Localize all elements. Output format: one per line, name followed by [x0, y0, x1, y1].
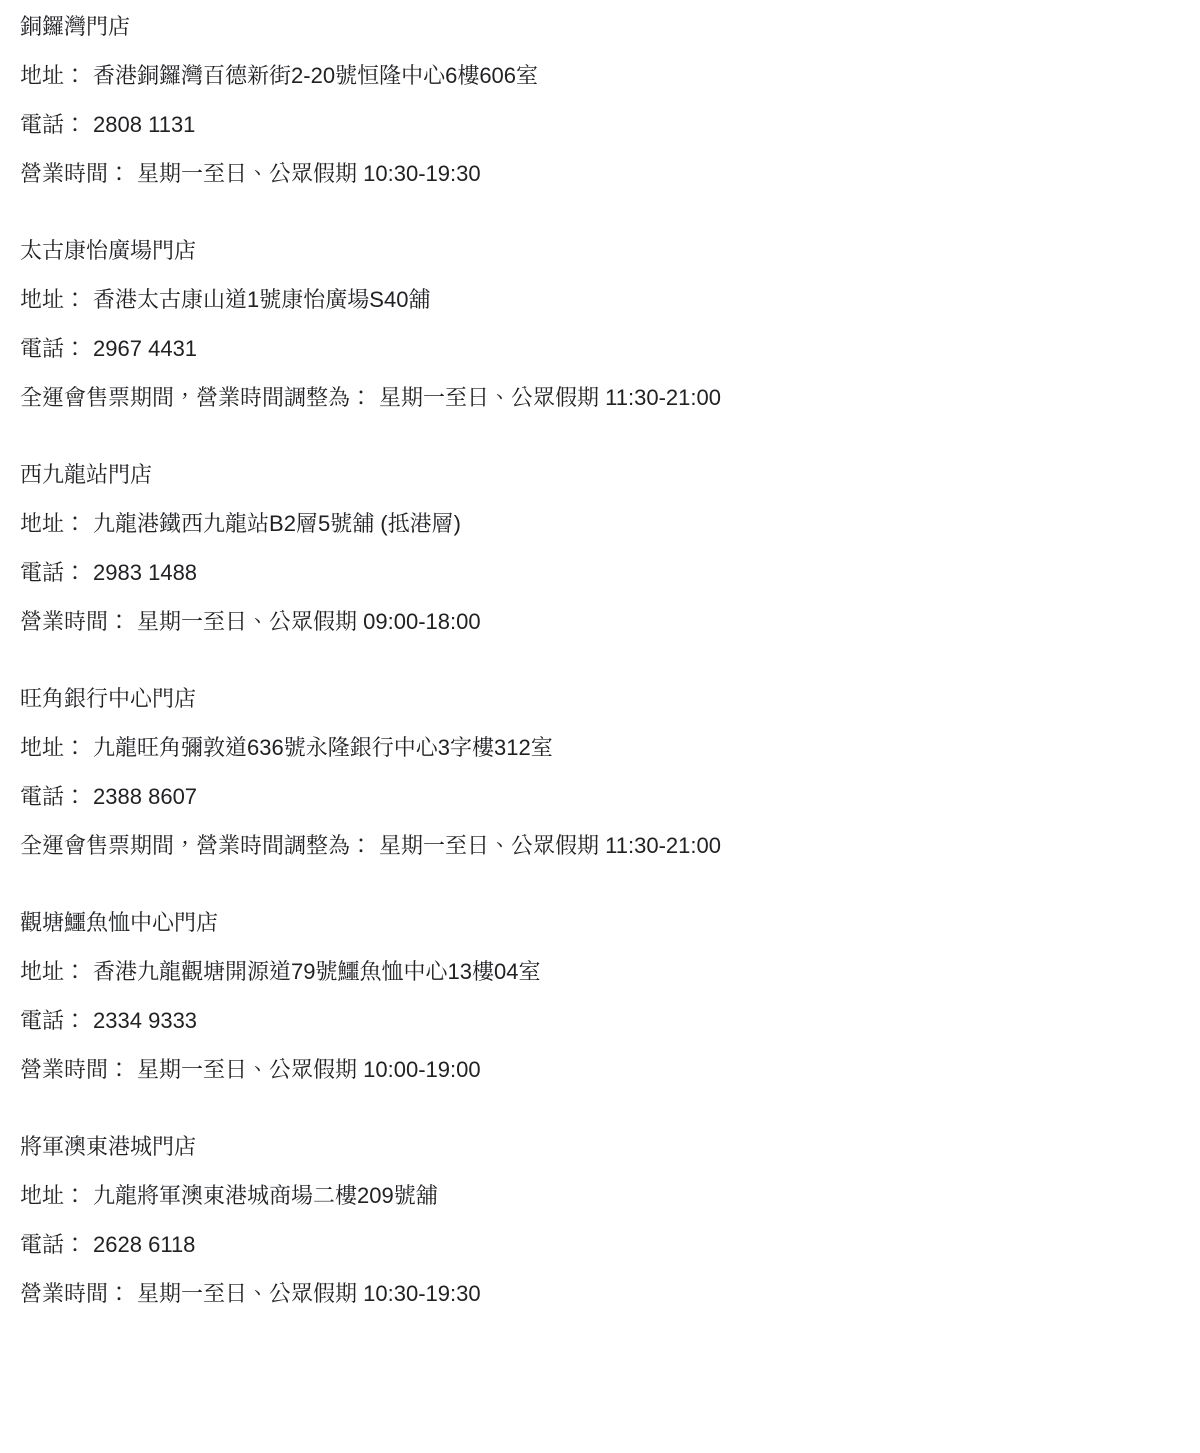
store-section-tseung-kwan-o-east-point-city: 將軍澳東港城門店 地址：九龍將軍澳東港城商場二樓209號舖 電話：2628 61…: [20, 1133, 1180, 1308]
hours-line: 營業時間：星期一至日、公眾假期 10:30-19:30: [20, 160, 1180, 188]
hours-line: 全運會售票期間，營業時間調整為：星期一至日、公眾假期 11:30-21:00: [20, 384, 1180, 412]
phone-value: 2334 9333: [93, 1008, 197, 1033]
store-name: 將軍澳東港城門店: [20, 1133, 1180, 1161]
hours-label: 全運會售票期間，營業時間調整為：: [20, 833, 372, 858]
hours-value: 星期一至日、公眾假期 09:00-18:00: [137, 609, 481, 634]
phone-line: 電話：2628 6118: [20, 1231, 1180, 1259]
hours-value: 星期一至日、公眾假期 10:30-19:30: [137, 1281, 481, 1306]
hours-label: 全運會售票期間，營業時間調整為：: [20, 385, 372, 410]
address-value: 香港九龍觀塘開源道79號鱷魚恤中心13樓04室: [93, 959, 540, 984]
store-section-west-kowloon-station: 西九龍站門店 地址：九龍港鐵西九龍站B2層5號舖 (抵港層) 電話：2983 1…: [20, 461, 1180, 636]
store-section-taikoo-kornhill-plaza: 太古康怡廣場門店 地址：香港太古康山道1號康怡廣場S40舖 電話：2967 44…: [20, 237, 1180, 412]
phone-label: 電話：: [20, 1008, 86, 1033]
phone-value: 2388 8607: [93, 784, 197, 809]
store-section-mongkok-bank-centre: 旺角銀行中心門店 地址：九龍旺角彌敦道636號永隆銀行中心3字樓312室 電話：…: [20, 685, 1180, 860]
store-list: 銅鑼灣門店 地址：香港銅鑼灣百德新街2-20號恒隆中心6樓606室 電話：280…: [0, 0, 1200, 1348]
address-line: 地址：九龍將軍澳東港城商場二樓209號舖: [20, 1182, 1180, 1210]
store-section-kwun-tong-crocodile-centre: 觀塘鱷魚恤中心門店 地址：香港九龍觀塘開源道79號鱷魚恤中心13樓04室 電話：…: [20, 909, 1180, 1084]
hours-label: 營業時間：: [20, 609, 130, 634]
phone-line: 電話：2334 9333: [20, 1007, 1180, 1035]
store-name: 觀塘鱷魚恤中心門店: [20, 909, 1180, 937]
phone-line: 電話：2808 1131: [20, 111, 1180, 139]
hours-value: 星期一至日、公眾假期 11:30-21:00: [379, 833, 721, 858]
phone-label: 電話：: [20, 560, 86, 585]
store-section-causeway-bay: 銅鑼灣門店 地址：香港銅鑼灣百德新街2-20號恒隆中心6樓606室 電話：280…: [20, 13, 1180, 188]
phone-value: 2983 1488: [93, 560, 197, 585]
hours-label: 營業時間：: [20, 1057, 130, 1082]
address-label: 地址：: [20, 1183, 86, 1208]
phone-value: 2967 4431: [93, 336, 197, 361]
address-line: 地址：香港九龍觀塘開源道79號鱷魚恤中心13樓04室: [20, 958, 1180, 986]
phone-label: 電話：: [20, 336, 86, 361]
phone-line: 電話：2983 1488: [20, 559, 1180, 587]
store-name: 旺角銀行中心門店: [20, 685, 1180, 713]
address-value: 香港銅鑼灣百德新街2-20號恒隆中心6樓606室: [93, 63, 538, 88]
address-label: 地址：: [20, 287, 86, 312]
hours-value: 星期一至日、公眾假期 10:00-19:00: [137, 1057, 481, 1082]
store-name: 西九龍站門店: [20, 461, 1180, 489]
address-value: 香港太古康山道1號康怡廣場S40舖: [93, 287, 430, 312]
hours-value: 星期一至日、公眾假期 11:30-21:00: [379, 385, 721, 410]
address-value: 九龍旺角彌敦道636號永隆銀行中心3字樓312室: [93, 735, 553, 760]
hours-value: 星期一至日、公眾假期 10:30-19:30: [137, 161, 481, 186]
address-line: 地址：九龍港鐵西九龍站B2層5號舖 (抵港層): [20, 510, 1180, 538]
address-value: 九龍港鐵西九龍站B2層5號舖 (抵港層): [93, 511, 461, 536]
hours-label: 營業時間：: [20, 161, 130, 186]
hours-line: 營業時間：星期一至日、公眾假期 10:00-19:00: [20, 1056, 1180, 1084]
hours-label: 營業時間：: [20, 1281, 130, 1306]
store-name: 太古康怡廣場門店: [20, 237, 1180, 265]
address-label: 地址：: [20, 511, 86, 536]
address-value: 九龍將軍澳東港城商場二樓209號舖: [93, 1183, 438, 1208]
hours-line: 全運會售票期間，營業時間調整為：星期一至日、公眾假期 11:30-21:00: [20, 832, 1180, 860]
phone-line: 電話：2967 4431: [20, 335, 1180, 363]
hours-line: 營業時間：星期一至日、公眾假期 10:30-19:30: [20, 1280, 1180, 1308]
hours-line: 營業時間：星期一至日、公眾假期 09:00-18:00: [20, 608, 1180, 636]
address-label: 地址：: [20, 959, 86, 984]
phone-label: 電話：: [20, 1232, 86, 1257]
store-name: 銅鑼灣門店: [20, 13, 1180, 41]
phone-value: 2808 1131: [93, 112, 195, 137]
address-line: 地址：九龍旺角彌敦道636號永隆銀行中心3字樓312室: [20, 734, 1180, 762]
address-label: 地址：: [20, 63, 86, 88]
phone-value: 2628 6118: [93, 1232, 195, 1257]
phone-label: 電話：: [20, 112, 86, 137]
phone-line: 電話：2388 8607: [20, 783, 1180, 811]
address-line: 地址：香港銅鑼灣百德新街2-20號恒隆中心6樓606室: [20, 62, 1180, 90]
address-label: 地址：: [20, 735, 86, 760]
phone-label: 電話：: [20, 784, 86, 809]
address-line: 地址：香港太古康山道1號康怡廣場S40舖: [20, 286, 1180, 314]
